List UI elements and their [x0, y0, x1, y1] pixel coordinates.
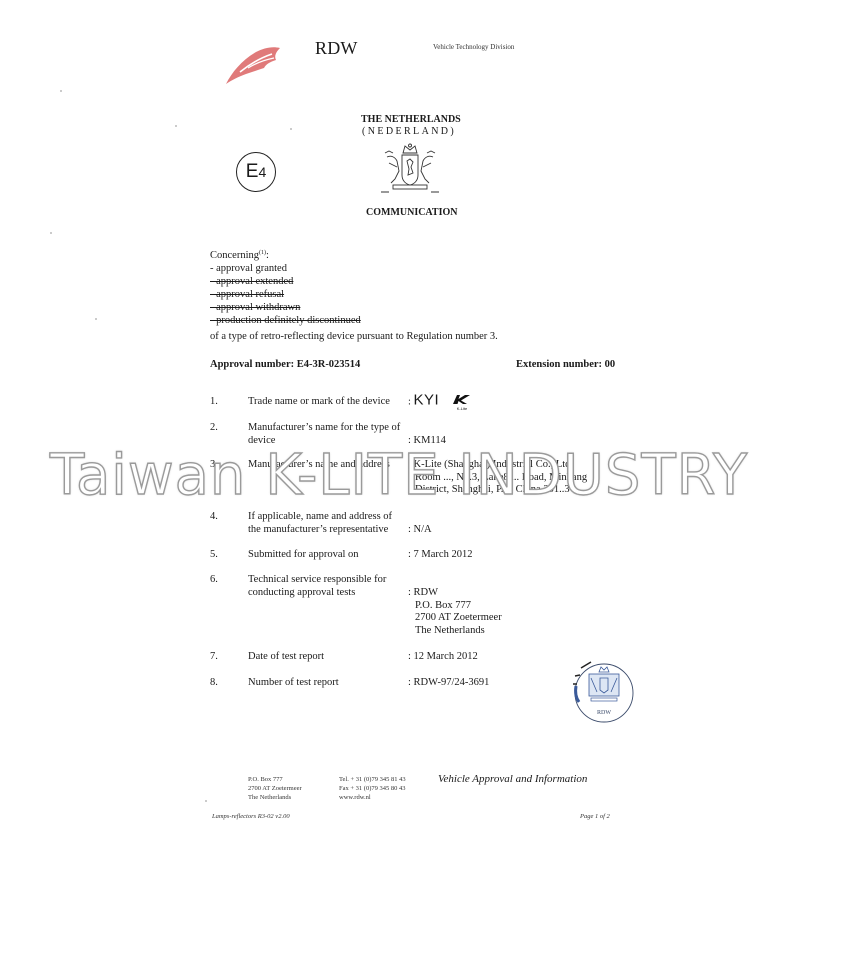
type-name-value: : KM114 — [408, 435, 446, 448]
concerning-option: - approval granted — [210, 262, 361, 275]
concerning-option: - production definitely discontinued — [210, 314, 361, 327]
coat-of-arms-icon — [379, 143, 441, 195]
scan-speck — [95, 318, 97, 320]
scan-speck — [50, 232, 52, 234]
regulation-text: of a type of retro-reflecting device pur… — [210, 331, 498, 342]
country-native-heading: (NEDERLAND) — [362, 126, 456, 137]
phone-number: Tel. + 31 (0)79 345 81 43 — [339, 775, 406, 784]
trade-name-value: KYI — [414, 391, 440, 408]
approval-number: Approval number: E4-3R-023514 — [210, 359, 360, 370]
country-heading: THE NETHERLANDS — [361, 114, 461, 125]
concerning-option: - approval withdrawn — [210, 301, 361, 314]
test-report-date-value: : 12 March 2012 — [408, 651, 478, 664]
scan-speck — [60, 90, 62, 92]
scan-speck — [175, 125, 177, 127]
representative-value: : N/A — [408, 524, 432, 537]
website-link: www.rdw.nl — [339, 793, 406, 802]
form-identifier: Lamps-reflectors R3-02 v2.00 — [212, 813, 290, 820]
svg-text:RDW: RDW — [597, 710, 611, 716]
svg-text:K-Lite: K-Lite — [457, 406, 468, 411]
test-report-number-value: : RDW-97/24-3691 — [408, 677, 489, 690]
page-number: Page 1 of 2 — [580, 813, 610, 820]
footnote-marker: (1) — [259, 250, 266, 256]
org-name: RDW — [315, 38, 358, 59]
scan-speck — [290, 128, 292, 130]
footer-contact: Tel. + 31 (0)79 345 81 43 Fax + 31 (0)79… — [339, 775, 406, 802]
fax-number: Fax + 31 (0)79 345 80 43 — [339, 784, 406, 793]
division-name: Vehicle Technology Division — [433, 43, 514, 51]
concerning-option: - approval extended — [210, 275, 361, 288]
document-type: COMMUNICATION — [366, 207, 457, 218]
footer-tagline: Vehicle Approval and Information — [438, 773, 587, 785]
concerning-option: - approval refusal — [210, 288, 361, 301]
manufacturer-address-value: : K-Lite (Shanghai) Industrial Co., Ltd.… — [408, 459, 587, 497]
k-lite-logo-icon: K-Lite — [450, 393, 474, 411]
footer-address: P.O. Box 777 2700 AT Zoetermeer The Neth… — [248, 775, 302, 802]
submitted-date-value: : 7 March 2012 — [408, 549, 472, 562]
technical-service-value: : RDW P.O. Box 777 2700 AT Zoetermeer Th… — [408, 587, 502, 637]
concerning-options: - approval granted - approval extended -… — [210, 262, 361, 327]
extension-number: Extension number: 00 — [516, 359, 615, 370]
concerning-label: Concerning(1): — [210, 247, 269, 262]
rdw-feather-logo — [222, 42, 284, 86]
e4-approval-mark-icon: E4 — [236, 152, 276, 192]
rdw-stamp-icon: RDW — [569, 656, 635, 730]
scan-speck — [205, 800, 207, 802]
